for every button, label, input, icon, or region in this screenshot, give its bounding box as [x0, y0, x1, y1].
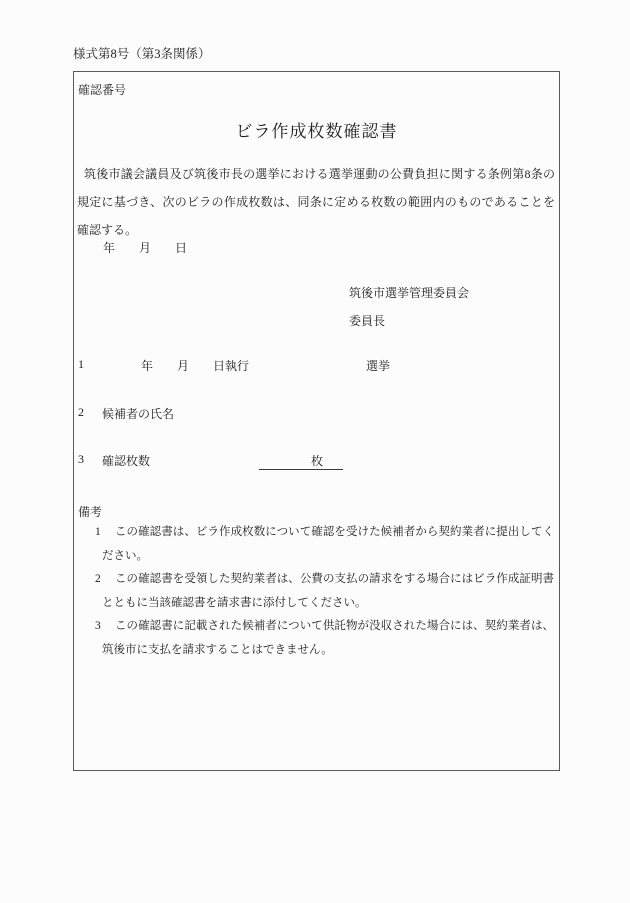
document-page: 様式第8号（第3条関係） 確認番号 ビラ作成枚数確認書 筑後市議会議員及び筑後市…: [0, 0, 630, 903]
item-candidate-name: 2 候補者の氏名: [74, 405, 559, 423]
issue-date-blank: 年 月 日: [103, 239, 187, 256]
note-number: 1: [95, 521, 101, 545]
note-number: 2: [95, 568, 101, 592]
remarks-notes: 1 この確認書は、ビラ作成枚数について確認を受けた候補者から契約業者に提出してく…: [102, 521, 554, 662]
election-date-blank: 年 月 日執行: [141, 357, 249, 374]
note-text: この確認書に記載された候補者について供託物が没収された場合には、契約業者は、筑後…: [102, 620, 554, 656]
issuer-title: 委員長: [349, 307, 469, 335]
remark-note: 1 この確認書は、ビラ作成枚数について確認を受けた候補者から契約業者に提出してく…: [102, 521, 554, 568]
election-label: 選挙: [366, 357, 390, 374]
note-text: この確認書は、ビラ作成枚数について確認を受けた候補者から契約業者に提出してくださ…: [102, 526, 554, 562]
sheet-count-blank: 枚: [259, 452, 343, 470]
sheet-unit-label: 枚: [311, 454, 323, 468]
document-title: ビラ作成枚数確認書: [74, 117, 559, 142]
item-number: 3: [78, 452, 84, 467]
remark-note: 3 この確認書に記載された候補者について供託物が没収された場合には、契約業者は、…: [102, 615, 554, 662]
remark-note: 2 この確認書を受領した契約業者は、公費の支払の請求をする場合にはビラ作成証明書…: [102, 568, 554, 615]
intro-paragraph: 筑後市議会議員及び筑後市長の選挙における選挙運動の公費負担に関する条例第8条の規…: [77, 160, 555, 244]
issuer-block: 筑後市選挙管理委員会 委員長: [349, 279, 469, 335]
remarks-heading: 備考: [78, 503, 102, 520]
item-number: 2: [78, 405, 84, 420]
form-code: 様式第8号（第3条関係）: [73, 44, 211, 62]
item-election-date: 1 年 月 日執行 選挙: [74, 357, 559, 375]
note-text: この確認書を受領した契約業者は、公費の支払の請求をする場合にはビラ作成証明書とと…: [102, 573, 554, 609]
issuer-organization: 筑後市選挙管理委員会: [349, 279, 469, 307]
item-number: 1: [78, 357, 84, 372]
candidate-name-label: 候補者の氏名: [102, 405, 174, 422]
item-confirmed-count: 3 確認枚数 枚: [74, 452, 559, 470]
note-number: 3: [95, 615, 101, 639]
confirmation-number-label: 確認番号: [78, 81, 126, 98]
confirmation-form-box: 確認番号 ビラ作成枚数確認書 筑後市議会議員及び筑後市長の選挙における選挙運動の…: [73, 71, 560, 771]
confirmed-count-label: 確認枚数: [102, 452, 150, 469]
